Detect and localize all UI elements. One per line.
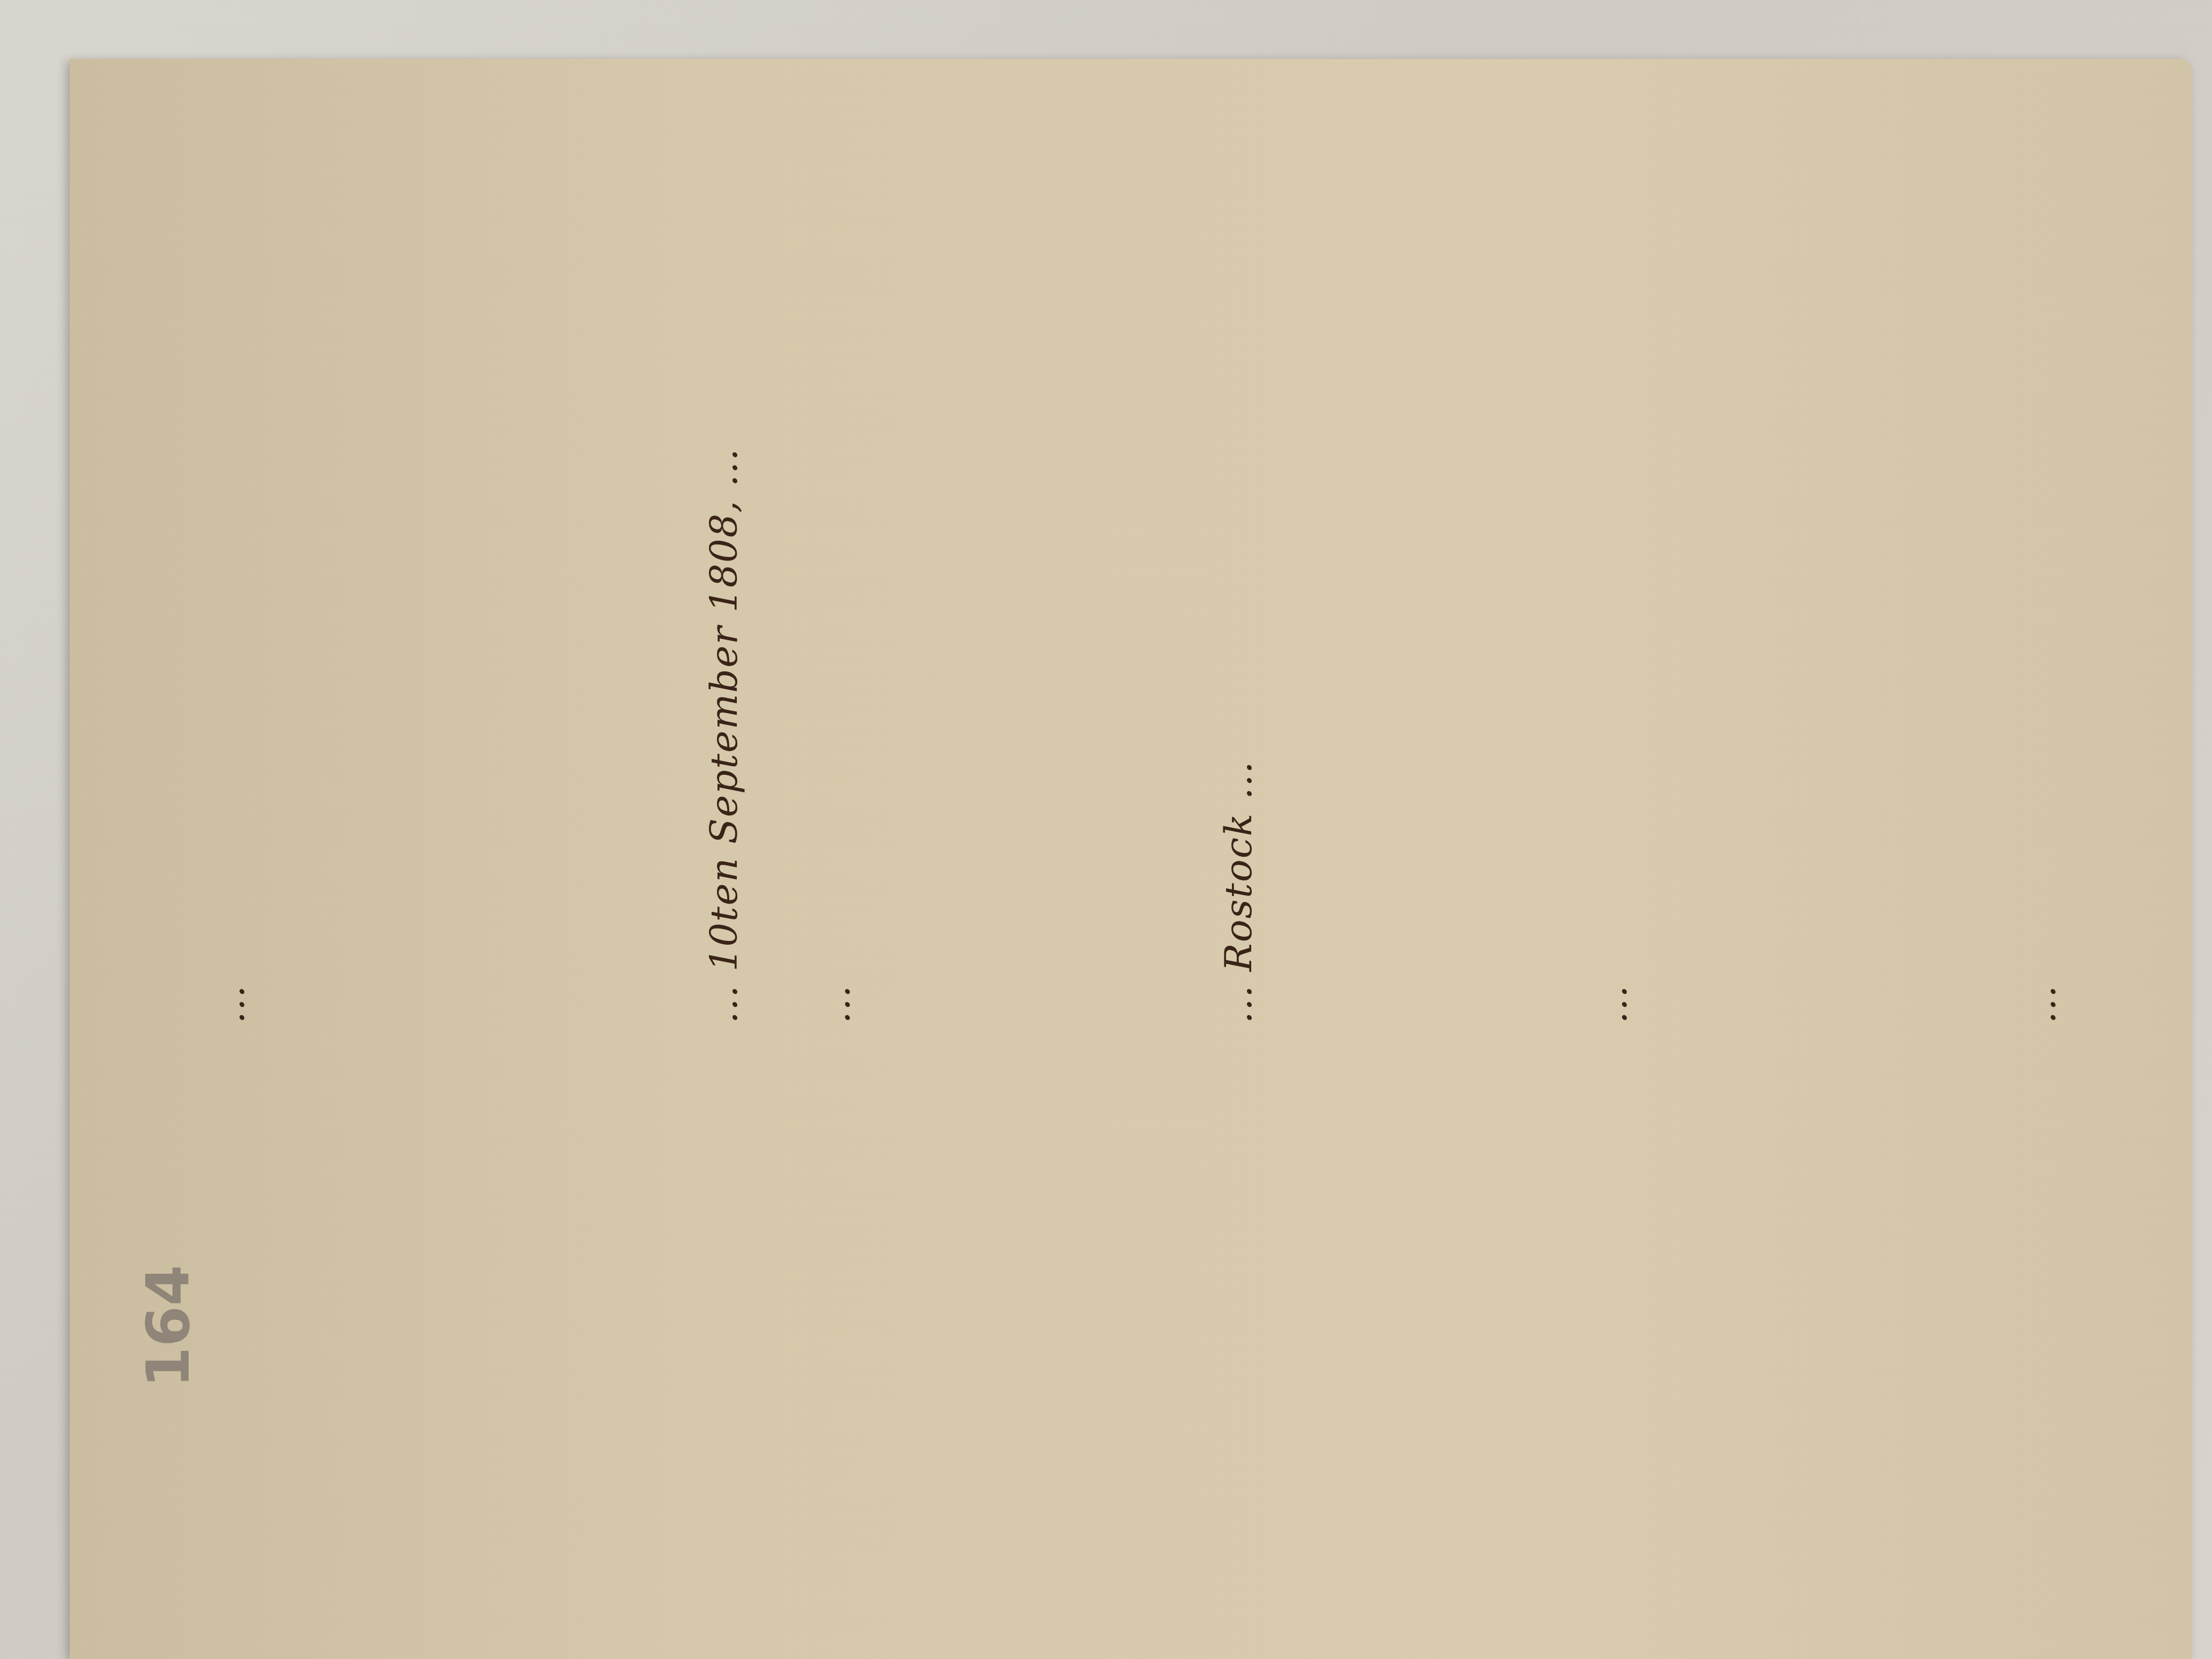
text-line: ... (209, 220, 253, 1023)
manuscript-page: 164 ... ... 10ten September 1808, ... ..… (70, 59, 2192, 1659)
text-line: ... (814, 220, 858, 1023)
text-line: ... 10ten September 1808, ... (702, 220, 746, 1023)
handwritten-text-block: ... ... 10ten September 1808, ... ... ..… (198, 113, 2181, 1023)
text-line: ... (1591, 220, 1635, 1023)
page-number: 164 (134, 1265, 203, 1388)
text-line: ... (2020, 863, 2064, 1023)
text-line: ... Rostock ... (1216, 220, 1260, 1023)
